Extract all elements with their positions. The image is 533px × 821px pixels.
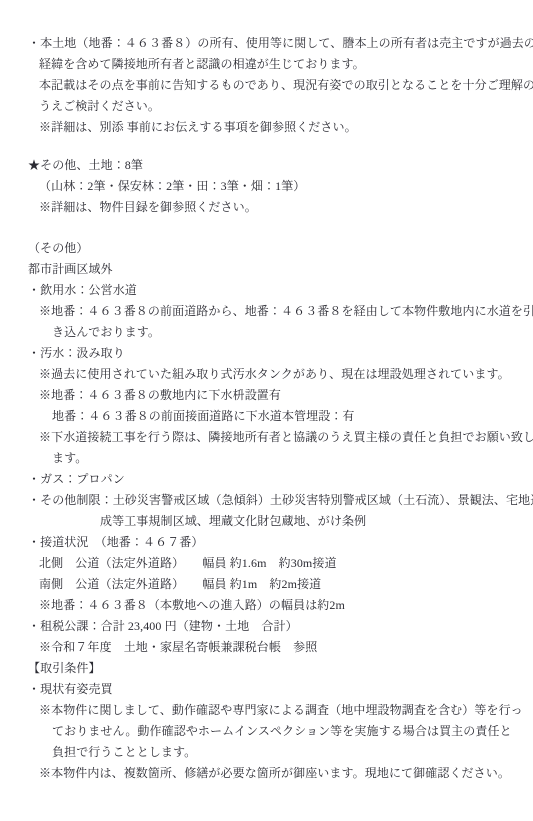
doc-line-as-is-sale: ・現状有姿売買 (28, 679, 509, 700)
doc-line: き込んでおります。 (28, 322, 509, 343)
doc-line: ※地番：４６３番８の敷地内に下水枡設置有 (28, 385, 509, 406)
section-spacer (28, 218, 509, 238)
ownership-disclaimer-section: ・本土地（地番：４６３番８）の所有、使用等に関して、謄本上の所有者は売主ですが過… (28, 33, 509, 138)
doc-line: 経緯を含めて隣接地所有者と認識の相違が生じております。 (28, 54, 509, 75)
doc-line: ※令和７年度 土地・家屋名寄帳兼課税台帳 参照 (28, 637, 509, 658)
doc-line-sewage: ・汚水：汲み取り (28, 343, 509, 364)
doc-line-land-breakdown: （山林：2筆・保安林：2筆・田：3筆・畑：1筆） (28, 176, 509, 197)
doc-line: ※本物件に関しまして、動作確認や専門家による調査（地中埋設物調査を含む）等を行っ (28, 700, 509, 721)
doc-line: ※過去に使用されていた組み取り式汚水タンクがあり、現在は埋設処理されています。 (28, 364, 509, 385)
doc-line-see-attachment-note: ※詳細は、別添 事前にお伝えする事項を御参照ください。 (28, 117, 509, 138)
doc-line-gas: ・ガス：プロパン (28, 469, 509, 490)
doc-line: 負担で行うこととします。 (28, 742, 509, 763)
doc-line: 地番：４６３番８の前面接面道路に下水道本管埋設：有 (28, 406, 509, 427)
doc-line-see-property-list-note: ※詳細は、物件目録を御参照ください。 (28, 197, 509, 218)
doc-line-land-ownership-note: ・本土地（地番：４６３番８）の所有、使用等に関して、謄本上の所有者は売主ですが過… (28, 33, 509, 54)
doc-line: うえご検討ください。 (28, 96, 509, 117)
doc-line-road-access: ・接道状況 （地番：４６７番） (28, 532, 509, 553)
doc-line-transaction-terms-header: 【取引条件】 (28, 658, 509, 679)
doc-line: ておりません。動作確認やホームインスペクション等を実施する場合は買主の責任と (28, 721, 509, 742)
document-page: ・本土地（地番：４６３番８）の所有、使用等に関して、謄本上の所有者は売主ですが過… (0, 0, 533, 821)
doc-line: ※地番：４６３番８の前面道路から、地番：４６３番８を経由して本物件敷地内に水道を… (28, 301, 509, 322)
doc-line: 成等工事規制区域、埋蔵文化財包蔵地、がけ条例 (28, 511, 509, 532)
doc-line-other-restrictions: ・その他制限：土砂災害警戒区域（急傾斜）土砂災害特別警戒区域（土石流）、景観法、… (28, 490, 509, 511)
doc-line-repairs-note: ※本物件内は、複数箇所、修繕が必要な箇所が御座います。現地にて御確認ください。 (28, 763, 509, 784)
doc-line: ※下水道接続工事を行う際は、隣接地所有者と協議のうえ買主様の責任と負担でお願い致… (28, 427, 509, 448)
doc-line-road-south: 南側 公道（法定外道路） 幅員 約1m 約2m接道 (28, 574, 509, 595)
doc-line-drinking-water: ・飲用水：公営水道 (28, 280, 509, 301)
doc-line-other-header: （その他） (28, 238, 509, 259)
doc-line-other-land-header: ★その他、土地：8筆 (28, 155, 509, 176)
doc-line: 本記載はその点を事前に告知するものであり、現況有姿での取引となることを十分ご理解… (28, 75, 509, 96)
doc-line-road-north: 北側 公道（法定外道路） 幅員 約1.6m 約30m接道 (28, 553, 509, 574)
doc-line-city-planning-area: 都市計画区域外 (28, 259, 509, 280)
doc-line: ます。 (28, 448, 509, 469)
section-spacer (28, 138, 509, 155)
doc-line: ※地番：４６３番８（本敷地への進入路）の幅員は約2m (28, 595, 509, 616)
doc-line-taxes: ・租税公課：合計 23,400 円（建物・土地 合計） (28, 616, 509, 637)
other-details-section: （その他） 都市計画区域外 ・飲用水：公営水道 ※地番：４６３番８の前面道路から… (28, 238, 509, 784)
other-land-summary-section: ★その他、土地：8筆 （山林：2筆・保安林：2筆・田：3筆・畑：1筆） ※詳細は… (28, 155, 509, 218)
